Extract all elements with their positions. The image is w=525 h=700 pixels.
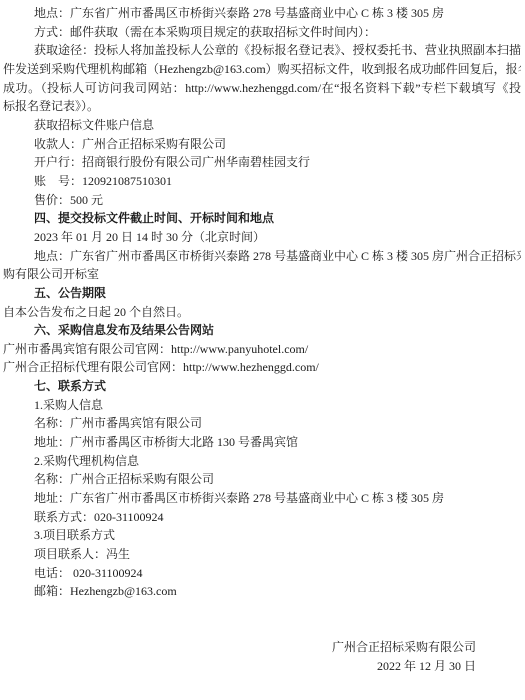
footer-company: 广州合正招标采购有限公司 xyxy=(3,638,521,657)
line-deadline-datetime: 2023 年 01 月 20 日 14 时 30 分（北京时间） xyxy=(3,228,521,247)
line-agency-name: 名称：广州合正招标采购有限公司 xyxy=(3,470,521,489)
line-purchaser-name: 名称：广州市番禺宾馆有限公司 xyxy=(3,414,521,433)
line-project-contact-person: 项目联系人：冯生 xyxy=(3,545,521,564)
line-agency-phone: 联系方式：020-31100924 xyxy=(3,508,521,527)
line-obtain-route-4: 标报名登记表》）。 xyxy=(3,97,521,116)
tender-announcement-document: 地点：广东省广州市番禺区市桥街兴泰路 278 号基盛商业中心 C 栋 3 楼 3… xyxy=(0,0,525,700)
line-agency-address: 地址：广东省广州市番禺区市桥街兴泰路 278 号基盛商业中心 C 栋 3 楼 3… xyxy=(3,489,521,508)
heading-section-4: 四、提交投标文件截止时间、开标时间和地点 xyxy=(3,209,521,228)
heading-section-5: 五、公告期限 xyxy=(3,284,521,303)
line-obtain-route-3: 成功。（投标人可访问我司网站：http://www.hezhenggd.com/… xyxy=(3,79,521,98)
line-obtain-location: 地点：广东省广州市番禺区市桥街兴泰路 278 号基盛商业中心 C 栋 3 楼 3… xyxy=(3,4,521,23)
line-price: 售价：500 元 xyxy=(3,191,521,210)
line-obtain-route-2: 件发送到采购代理机构邮箱（Hezhengzb@163.com）购买招标文件，收到… xyxy=(3,60,521,79)
line-account-number: 账 号：120921087510301 xyxy=(3,172,521,191)
line-project-contact-title: 3.项目联系方式 xyxy=(3,526,521,545)
heading-section-7: 七、联系方式 xyxy=(3,377,521,396)
line-payee: 收款人：广州合正招标采购有限公司 xyxy=(3,135,521,154)
line-project-phone: 电话： 020-31100924 xyxy=(3,564,521,583)
footer-date: 2022 年 12 月 30 日 xyxy=(3,657,521,676)
line-account-info-title: 获取招标文件账户信息 xyxy=(3,116,521,135)
heading-section-6: 六、采购信息发布及结果公告网站 xyxy=(3,321,521,340)
line-website-purchaser: 广州市番禺宾馆有限公司官网：http://www.panyuhotel.com/ xyxy=(3,340,521,359)
line-announcement-period: 自本公告发布之日起 20 个自然日。 xyxy=(3,303,521,322)
line-project-email: 邮箱：Hezhengzb@163.com xyxy=(3,582,521,601)
blank-line xyxy=(3,601,521,620)
blank-line xyxy=(3,620,521,639)
line-agency-info-title: 2.采购代理机构信息 xyxy=(3,452,521,471)
line-obtain-route-1: 获取途径：投标人将加盖投标人公章的《投标报名登记表》、授权委托书、营业执照副本扫… xyxy=(3,41,521,60)
line-purchaser-address: 地址：广州市番禺区市桥街大北路 130 号番禺宾馆 xyxy=(3,433,521,452)
line-opening-location-2: 购有限公司开标室 xyxy=(3,265,521,284)
line-opening-location-1: 地点：广东省广州市番禺区市桥街兴泰路 278 号基盛商业中心 C 栋 3 楼 3… xyxy=(3,247,521,266)
line-bank: 开户行：招商银行股份有限公司广州华南碧桂园支行 xyxy=(3,153,521,172)
line-purchaser-info-title: 1.采购人信息 xyxy=(3,396,521,415)
line-website-agency: 广州合正招标代理有限公司官网：http://www.hezhenggd.com/ xyxy=(3,358,521,377)
line-obtain-method: 方式：邮件获取（需在本采购项目规定的获取招标文件时间内）： xyxy=(3,23,521,42)
